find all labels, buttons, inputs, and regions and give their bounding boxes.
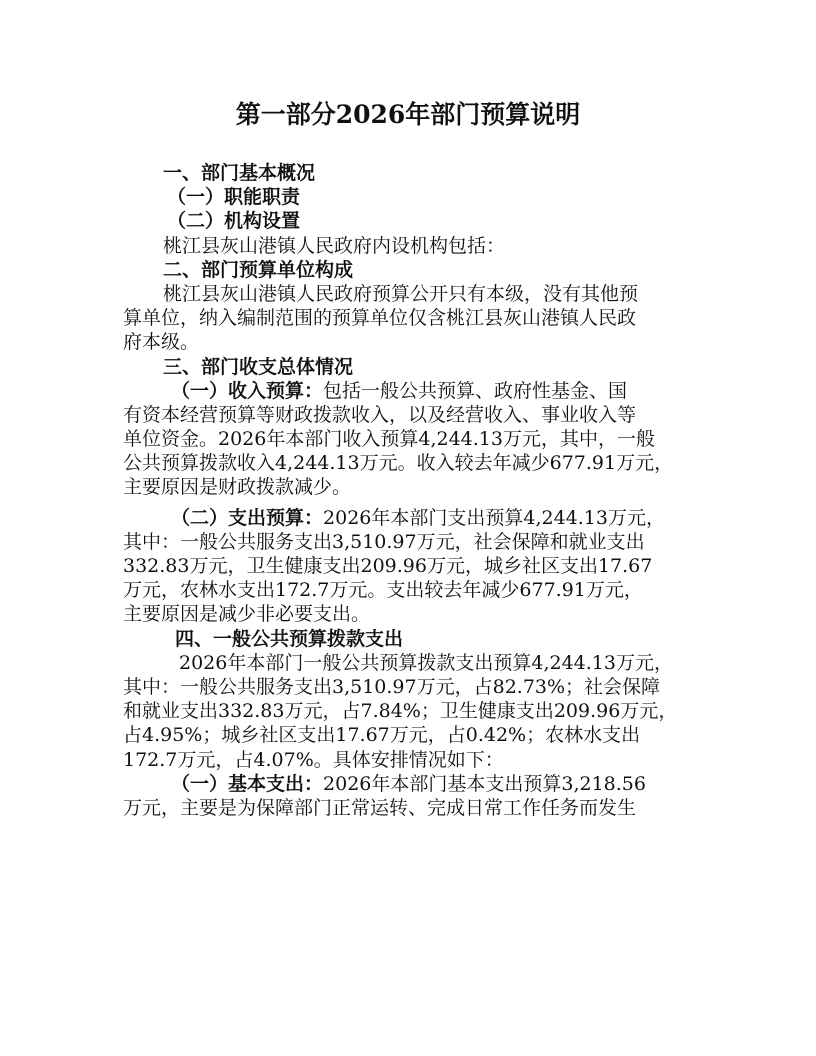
document-title: 第一部分2026年部门预算说明	[0, 99, 816, 131]
paragraph-line: 万元，主要是为保障部门正常运转、完成日常工作任务而发生	[123, 796, 701, 820]
document-body: 一、部门基本概况 （一）职能职责 （二）机构设置 桃江县灰山港镇人民政府内设机构…	[123, 161, 701, 820]
paragraph-line: 单位资金。2026年本部门收入预算4,244.13万元，其中，一般	[123, 427, 701, 451]
paragraph-line: 2026年本部门一般公共预算拨款支出预算4,244.13万元，	[123, 651, 701, 675]
paragraph-line: 主要原因是财政拨款减少。	[123, 475, 701, 499]
basic-expenditure-label: （一）基本支出：	[171, 773, 323, 795]
structure-text: 桃江县灰山港镇人民政府内设机构包括：	[123, 234, 701, 258]
paragraph-line: 公共预算拨款收入4,244.13万元。收入较去年减少677.91万元，	[123, 451, 701, 475]
section-heading-4: 四、一般公共预算拨款支出	[123, 627, 701, 651]
expense-budget-text: 2026年本部门支出预算4,244.13万元，	[323, 507, 665, 529]
section-heading-1: 一、部门基本概况	[123, 161, 701, 185]
basic-expenditure-text: 2026年本部门基本支出预算3,218.56	[323, 773, 646, 795]
income-budget-text: 包括一般公共预算、政府性基金、国	[323, 380, 627, 402]
paragraph-line: 桃江县灰山港镇人民政府预算公开只有本级，没有其他预	[123, 282, 701, 306]
paragraph-line: 府本级。	[123, 330, 701, 354]
paragraph-line: 172.7万元，占4.07%。具体安排情况如下：	[123, 748, 701, 772]
document-page: 第一部分2026年部门预算说明 一、部门基本概况 （一）职能职责 （二）机构设置…	[0, 0, 816, 1056]
expense-budget-label: （二）支出预算：	[171, 507, 323, 529]
income-budget-line: （一）收入预算：包括一般公共预算、政府性基金、国	[123, 379, 701, 403]
section-heading-3: 三、部门收支总体情况	[123, 355, 701, 379]
basic-expenditure-line: （一）基本支出：2026年本部门基本支出预算3,218.56	[123, 772, 701, 796]
paragraph-line: 算单位，纳入编制范围的预算单位仅含桃江县灰山港镇人民政	[123, 306, 701, 330]
paragraph-line: 主要原因是减少非必要支出。	[123, 602, 701, 626]
paragraph-line: 万元，农林水支出172.7万元。支出较去年减少677.91万元，	[123, 578, 701, 602]
paragraph-line: 332.83万元，卫生健康支出209.96万元，城乡社区支出17.67	[123, 554, 701, 578]
subsection-heading-functions: （一）职能职责	[123, 185, 701, 209]
paragraph-line: 有资本经营预算等财政拨款收入，以及经营收入、事业收入等	[123, 403, 701, 427]
section-heading-2: 二、部门预算单位构成	[123, 258, 701, 282]
paragraph-line: 和就业支出332.83万元，占7.84%；卫生健康支出209.96万元，	[123, 699, 701, 723]
paragraph-line: 占4.95%；城乡社区支出17.67万元，占0.42%；农林水支出	[123, 723, 701, 747]
income-budget-label: （一）收入预算：	[171, 380, 323, 402]
expense-budget-line: （二）支出预算：2026年本部门支出预算4,244.13万元，	[123, 506, 701, 530]
paragraph-line: 其中：一般公共服务支出3,510.97万元，社会保障和就业支出	[123, 530, 701, 554]
paragraph-line: 其中：一般公共服务支出3,510.97万元，占82.73%；社会保障	[123, 675, 701, 699]
subsection-heading-structure: （二）机构设置	[123, 209, 701, 233]
